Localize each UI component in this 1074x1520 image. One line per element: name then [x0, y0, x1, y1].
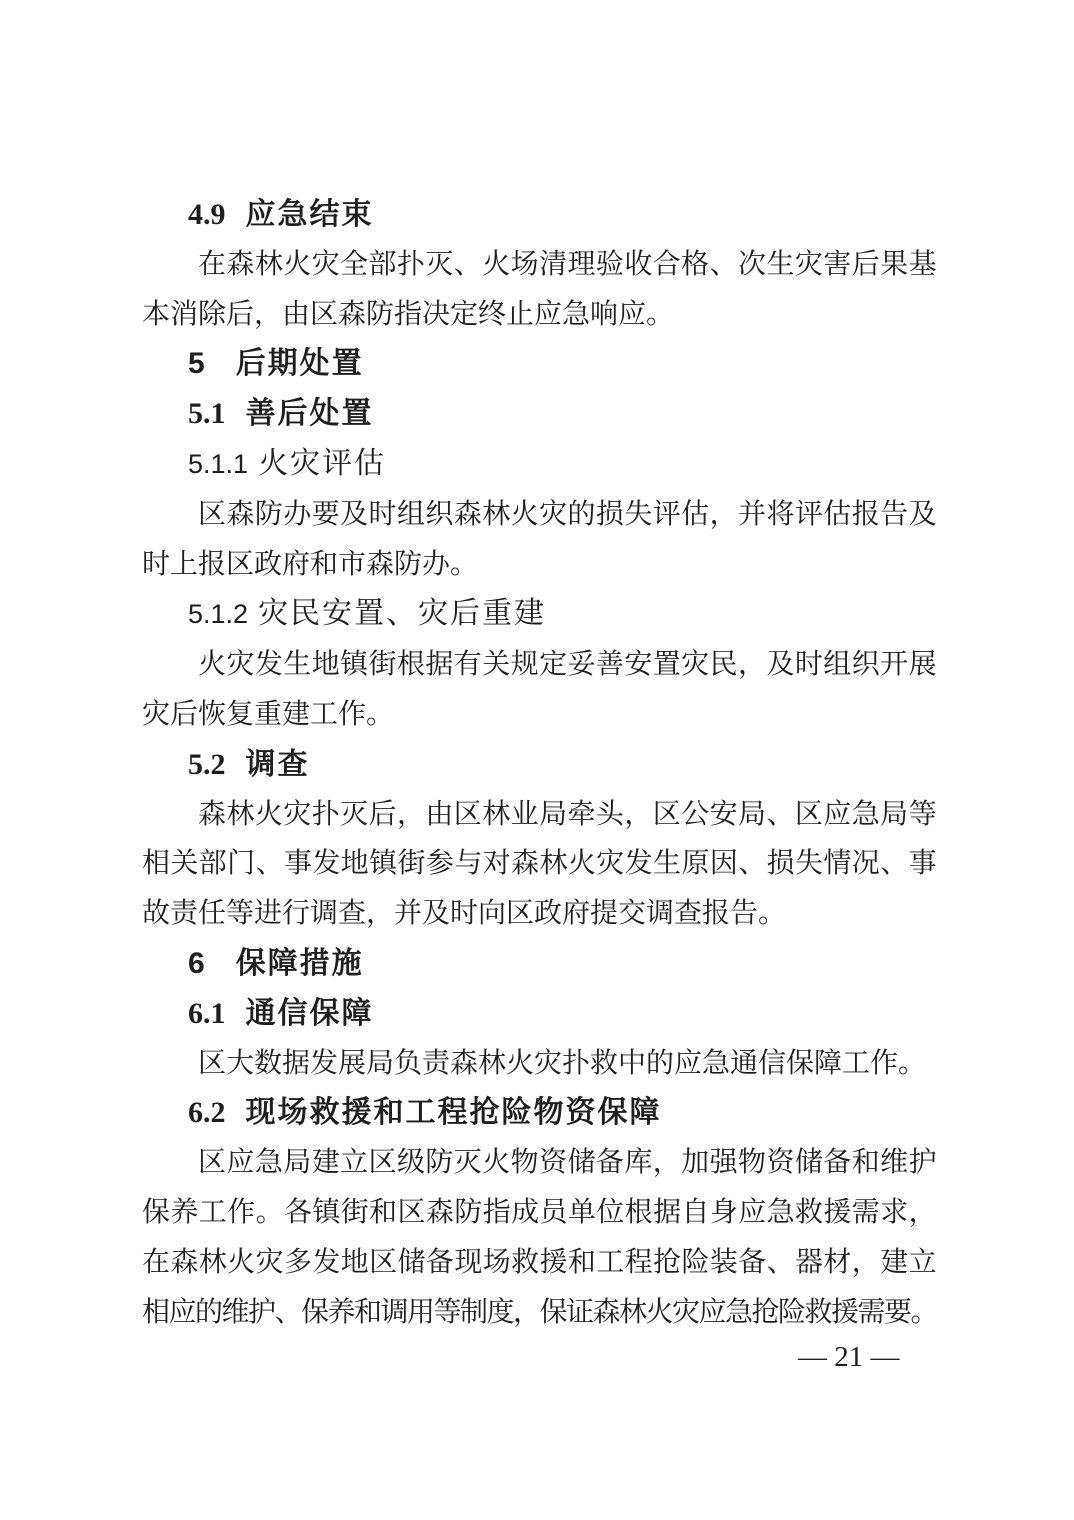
paragraph-line: 区大数据发展局负责森林火灾扑救中的应急通信保障工作。: [142, 1039, 940, 1089]
heading-title: 火灾评估: [258, 447, 386, 480]
heading-number: 5.1.1: [188, 449, 248, 479]
paragraph-line-text: 本消除后，由区森防指决定终止应急响应。: [142, 290, 674, 340]
heading-title: 后期处置: [236, 347, 364, 380]
paragraph-line: 相关部门、事发地镇街参与对森林火灾发生原因、损失情况、事: [142, 839, 940, 889]
paragraph-line-text: 故责任等进行调查，并及时向区政府提交调查报告。: [142, 889, 786, 939]
paragraph-line-text: 森林火灾扑灭后，由区林业局牵头，区公安局、区应急局等: [198, 790, 937, 840]
heading-number: 4.9: [188, 198, 226, 231]
section-heading-5-1-2: 5.1.2灾民安置、灾后重建: [188, 589, 940, 640]
section-heading-5-1-1: 5.1.1火灾评估: [188, 439, 940, 490]
paragraph-line: 本消除后，由区森防指决定终止应急响应。: [142, 290, 940, 340]
paragraph-line: 区森防办要及时组织森林火灾的损失评估，并将评估报告及: [142, 490, 940, 540]
paragraph-line-text: 相应的维护、保养和调用等制度，保证森林火灾应急抢险救援需要。: [142, 1288, 937, 1338]
section-heading-6: 6保障措施: [188, 939, 940, 989]
heading-title: 现场救援和工程抢险物资保障: [246, 1096, 662, 1129]
heading-title: 通信保障: [246, 997, 374, 1030]
paragraph-line: 区应急局建立区级防灭火物资储备库，加强物资储备和维护: [142, 1138, 940, 1188]
paragraph: 区森防办要及时组织森林火灾的损失评估，并将评估报告及时上报区政府和市森防办。: [142, 490, 940, 590]
paragraph-line: 时上报区政府和市森防办。: [142, 540, 940, 590]
document-page: 4.9应急结束在森林火灾全部扑灭、火场清理验收合格、次生灾害后果基本消除后，由区…: [0, 0, 1074, 1520]
paragraph-line-text: 火灾发生地镇街根据有关规定妥善安置灾民，及时组织开展: [198, 640, 937, 690]
paragraph-line-text: 时上报区政府和市森防办。: [142, 540, 478, 590]
section-heading-5: 5后期处置: [188, 339, 940, 389]
heading-number: 5: [188, 347, 205, 380]
heading-title: 保障措施: [236, 947, 364, 980]
heading-number: 5.1.2: [188, 599, 248, 629]
heading-number: 6.1: [188, 997, 226, 1030]
page-number: — 21 —: [798, 1341, 900, 1374]
heading-number: 6.2: [188, 1096, 226, 1129]
paragraph-line: 在森林火灾全部扑灭、火场清理验收合格、次生灾害后果基: [142, 240, 940, 290]
paragraph-line-text: 灾后恢复重建工作。: [142, 690, 394, 740]
paragraph-line-text: 相关部门、事发地镇街参与对森林火灾发生原因、损失情况、事: [142, 839, 937, 889]
heading-title: 应急结束: [246, 198, 374, 231]
paragraph-line: 保养工作。各镇街和区森防指成员单位根据自身应急救援需求，: [142, 1188, 940, 1238]
heading-title: 调查: [246, 748, 310, 781]
paragraph: 在森林火灾全部扑灭、火场清理验收合格、次生灾害后果基本消除后，由区森防指决定终止…: [142, 240, 940, 340]
paragraph-line: 灾后恢复重建工作。: [142, 690, 940, 740]
section-heading-5-1: 5.1善后处置: [188, 389, 940, 439]
paragraph-line: 火灾发生地镇街根据有关规定妥善安置灾民，及时组织开展: [142, 640, 940, 690]
paragraph-line-text: 在森林火灾全部扑灭、火场清理验收合格、次生灾害后果基: [198, 240, 937, 290]
heading-number: 5.1: [188, 397, 226, 430]
section-heading-4-9: 4.9应急结束: [188, 190, 940, 240]
section-heading-6-1: 6.1通信保障: [188, 989, 940, 1039]
heading-title: 灾民安置、灾后重建: [258, 597, 546, 630]
paragraph-line-text: 区大数据发展局负责森林火灾扑救中的应急通信保障工作。: [198, 1039, 926, 1089]
paragraph-line: 相应的维护、保养和调用等制度，保证森林火灾应急抢险救援需要。: [142, 1288, 940, 1338]
paragraph-line-text: 区森防办要及时组织森林火灾的损失评估，并将评估报告及: [198, 490, 937, 540]
section-heading-5-2: 5.2调查: [188, 740, 940, 790]
paragraph-line: 在森林火灾多发地区储备现场救援和工程抢险装备、器材，建立: [142, 1238, 940, 1288]
paragraph-line-text: 保养工作。各镇街和区森防指成员单位根据自身应急救援需求，: [142, 1188, 937, 1238]
heading-number: 5.2: [188, 748, 226, 781]
paragraph: 森林火灾扑灭后，由区林业局牵头，区公安局、区应急局等相关部门、事发地镇街参与对森…: [142, 790, 940, 939]
paragraph: 区大数据发展局负责森林火灾扑救中的应急通信保障工作。: [142, 1039, 940, 1089]
document-content: 4.9应急结束在森林火灾全部扑灭、火场清理验收合格、次生灾害后果基本消除后，由区…: [142, 190, 940, 1337]
paragraph: 区应急局建立区级防灭火物资储备库，加强物资储备和维护保养工作。各镇街和区森防指成…: [142, 1138, 940, 1337]
paragraph: 火灾发生地镇街根据有关规定妥善安置灾民，及时组织开展灾后恢复重建工作。: [142, 640, 940, 740]
paragraph-line: 故责任等进行调查，并及时向区政府提交调查报告。: [142, 889, 940, 939]
paragraph-line-text: 区应急局建立区级防灭火物资储备库，加强物资储备和维护: [198, 1138, 937, 1188]
paragraph-line-text: 在森林火灾多发地区储备现场救援和工程抢险装备、器材，建立: [142, 1238, 937, 1288]
heading-number: 6: [188, 947, 205, 980]
section-heading-6-2: 6.2现场救援和工程抢险物资保障: [188, 1088, 940, 1138]
heading-title: 善后处置: [246, 397, 374, 430]
paragraph-line: 森林火灾扑灭后，由区林业局牵头，区公安局、区应急局等: [142, 790, 940, 840]
